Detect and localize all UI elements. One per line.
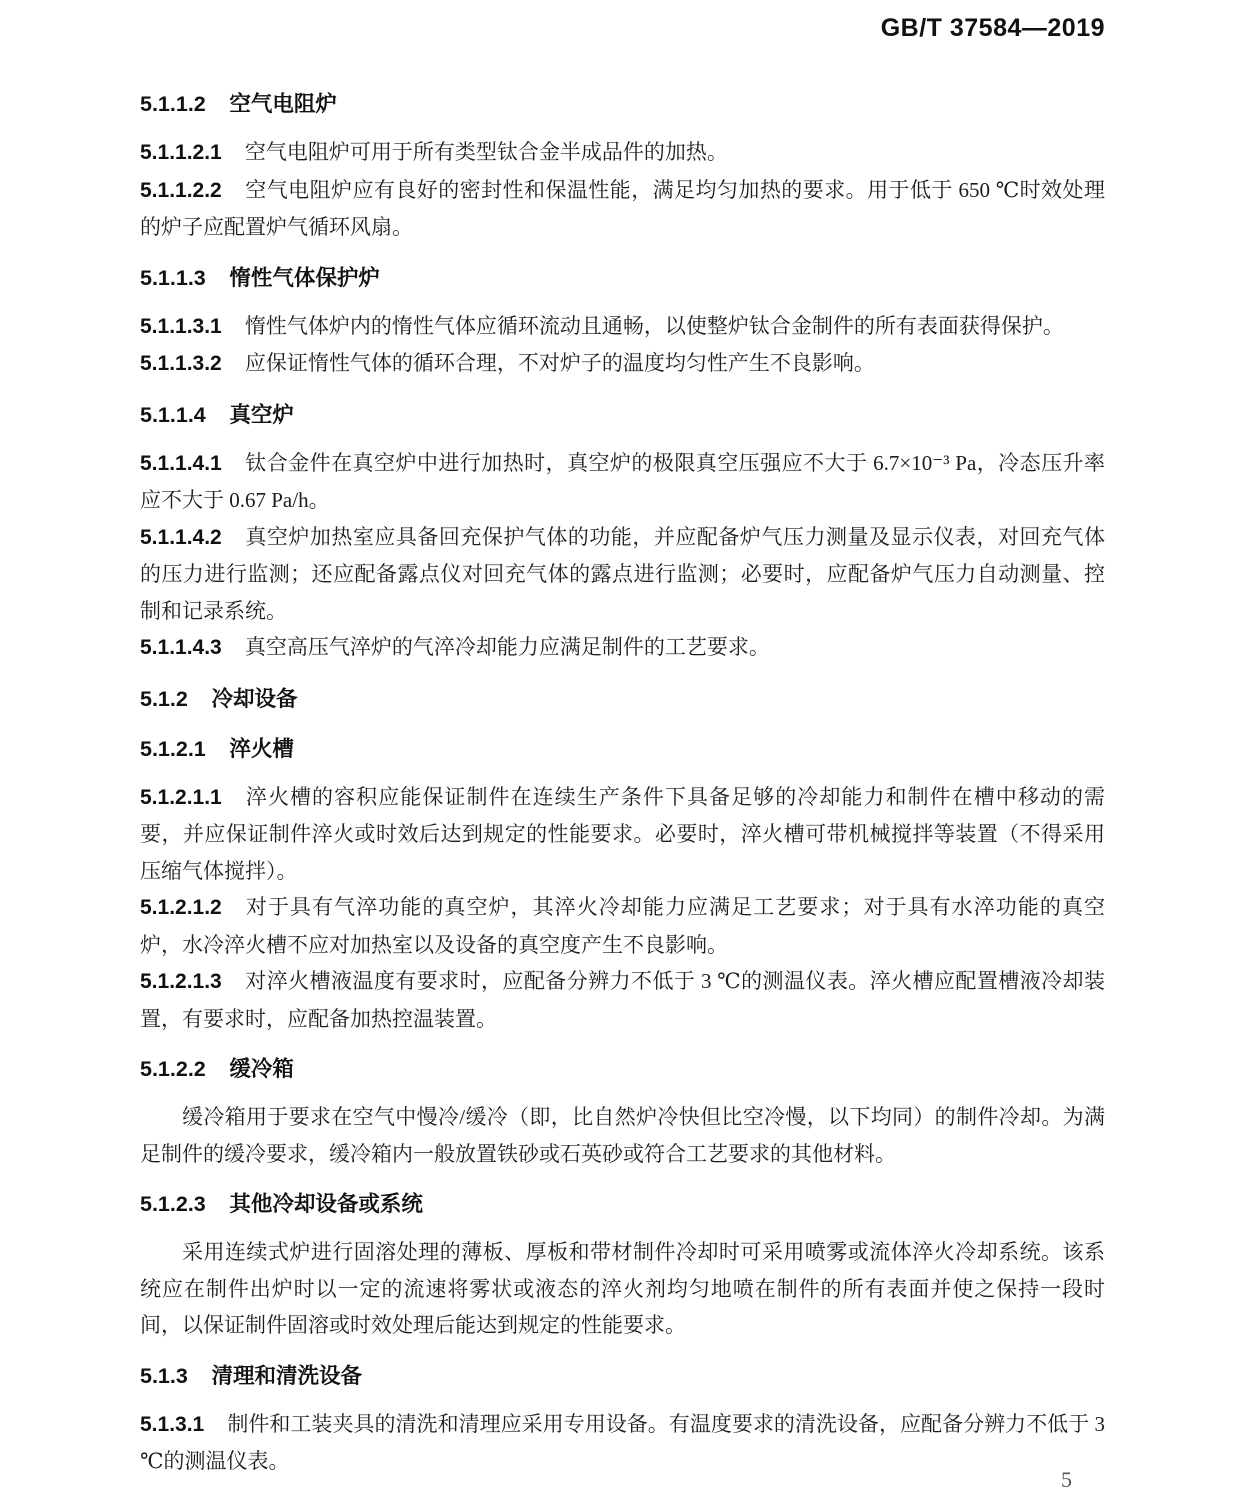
- clause-number: 5.1.2.1.2: [140, 896, 222, 919]
- clause-title: 空气电阻炉: [229, 92, 337, 116]
- clause-title: 其他冷却设备或系统: [229, 1192, 423, 1216]
- section-heading: 5.1.2.2缓冷箱: [140, 1051, 1105, 1087]
- section-heading: 5.1.1.2空气电阻炉: [140, 86, 1105, 122]
- clause-number: 5.1.1.4.3: [140, 636, 222, 659]
- page-number: 5: [1061, 1467, 1072, 1493]
- section-heading: 5.1.2.3其他冷却设备或系统: [140, 1186, 1105, 1222]
- clause-paragraph: 5.1.1.2.1空气电阻炉可用于所有类型钛合金半成品件的加热。: [140, 134, 1105, 172]
- clause-number: 5.1.2.2: [140, 1057, 206, 1081]
- document-body: 5.1.1.2空气电阻炉 5.1.1.2.1空气电阻炉可用于所有类型钛合金半成品…: [140, 72, 1105, 1480]
- clause-number: 5.1.2.1.3: [140, 970, 222, 993]
- clause-text: 对于具有气淬功能的真空炉，其淬火冷却能力应满足工艺要求；对于具有水淬功能的真空炉…: [140, 895, 1105, 957]
- clause-paragraph: 5.1.1.4.3真空高压气淬炉的气淬冷却能力应满足制件的工艺要求。: [140, 629, 1105, 667]
- clause-number: 5.1.1.3.1: [140, 315, 222, 338]
- clause-number: 5.1.2: [140, 687, 188, 711]
- clause-number: 5.1.2.3: [140, 1192, 206, 1216]
- clause-number: 5.1.3.1: [140, 1413, 204, 1436]
- clause-title: 淬火槽: [229, 737, 294, 761]
- clause-number: 5.1.1.2.2: [140, 179, 222, 202]
- section-heading: 5.1.1.4真空炉: [140, 397, 1105, 433]
- clause-number: 5.1.1.3.2: [140, 352, 222, 375]
- clause-text: 真空高压气淬炉的气淬冷却能力应满足制件的工艺要求。: [245, 635, 770, 659]
- body-paragraph: 缓冷箱用于要求在空气中慢冷/缓冷（即，比自然炉冷快但比空冷慢，以下均同）的制件冷…: [140, 1099, 1105, 1172]
- clause-title: 缓冷箱: [229, 1057, 294, 1081]
- clause-number: 5.1.2.1.1: [140, 786, 222, 809]
- clause-number: 5.1.1.4: [140, 403, 206, 427]
- clause-number: 5.1.1.3: [140, 266, 206, 290]
- clause-paragraph: 5.1.2.1.1淬火槽的容积应能保证制件在连续生产条件下具备足够的冷却能力和制…: [140, 779, 1105, 890]
- clause-title: 惰性气体保护炉: [229, 266, 380, 290]
- clause-paragraph: 5.1.1.3.2应保证惰性气体的循环合理，不对炉子的温度均匀性产生不良影响。: [140, 345, 1105, 383]
- clause-number: 5.1.1.2: [140, 92, 206, 116]
- section-heading: 5.1.3清理和清洗设备: [140, 1358, 1105, 1394]
- clause-number: 5.1.1.2.1: [140, 141, 222, 164]
- clause-title: 冷却设备: [211, 687, 297, 711]
- clause-number: 5.1.1.4.1: [140, 452, 222, 475]
- clause-text: 淬火槽的容积应能保证制件在连续生产条件下具备足够的冷却能力和制件在槽中移动的需要…: [140, 785, 1105, 883]
- clause-title: 真空炉: [229, 403, 294, 427]
- document-page: GB/T 37584—2019 5.1.1.2空气电阻炉 5.1.1.2.1空气…: [0, 0, 1240, 1507]
- clause-text: 惰性气体炉内的惰性气体应循环流动且通畅，以使整炉钛合金制件的所有表面获得保护。: [245, 314, 1064, 338]
- clause-title: 清理和清洗设备: [211, 1364, 362, 1388]
- clause-text: 钛合金件在真空炉中进行加热时，真空炉的极限真空压强应不大于 6.7×10⁻³ P…: [140, 451, 1105, 513]
- clause-paragraph: 5.1.1.4.2真空炉加热室应具备回充保护气体的功能，并应配备炉气压力测量及显…: [140, 519, 1105, 630]
- standard-number-header: GB/T 37584—2019: [881, 14, 1105, 43]
- clause-text: 真空炉加热室应具备回充保护气体的功能，并应配备炉气压力测量及显示仪表，对回充气体…: [140, 525, 1105, 623]
- clause-number: 5.1.2.1: [140, 737, 206, 761]
- section-heading: 5.1.1.3惰性气体保护炉: [140, 260, 1105, 296]
- clause-text: 应保证惰性气体的循环合理，不对炉子的温度均匀性产生不良影响。: [245, 351, 875, 375]
- clause-paragraph: 5.1.1.2.2空气电阻炉应有良好的密封性和保温性能，满足均匀加热的要求。用于…: [140, 172, 1105, 246]
- clause-paragraph: 5.1.1.3.1惰性气体炉内的惰性气体应循环流动且通畅，以使整炉钛合金制件的所…: [140, 308, 1105, 346]
- clause-paragraph: 5.1.1.4.1钛合金件在真空炉中进行加热时，真空炉的极限真空压强应不大于 6…: [140, 445, 1105, 519]
- section-heading: 5.1.2冷却设备: [140, 681, 1105, 717]
- clause-paragraph: 5.1.2.1.3对淬火槽液温度有要求时，应配备分辨力不低于 3 ℃的测温仪表。…: [140, 963, 1105, 1037]
- clause-number: 5.1.3: [140, 1364, 188, 1388]
- clause-paragraph: 5.1.3.1制件和工装夹具的清洗和清理应采用专用设备。有温度要求的清洗设备，应…: [140, 1406, 1105, 1480]
- clause-text: 制件和工装夹具的清洗和清理应采用专用设备。有温度要求的清洗设备，应配备分辨力不低…: [140, 1412, 1105, 1474]
- clause-paragraph: 5.1.2.1.2对于具有气淬功能的真空炉，其淬火冷却能力应满足工艺要求；对于具…: [140, 889, 1105, 963]
- clause-number: 5.1.1.4.2: [140, 526, 222, 549]
- clause-text: 空气电阻炉可用于所有类型钛合金半成品件的加热。: [245, 140, 728, 164]
- section-heading: 5.1.2.1淬火槽: [140, 731, 1105, 767]
- clause-text: 对淬火槽液温度有要求时，应配备分辨力不低于 3 ℃的测温仪表。淬火槽应配置槽液冷…: [140, 969, 1105, 1031]
- body-paragraph: 采用连续式炉进行固溶处理的薄板、厚板和带材制件冷却时可采用喷雾或流体淬火冷却系统…: [140, 1234, 1105, 1344]
- clause-text: 空气电阻炉应有良好的密封性和保温性能，满足均匀加热的要求。用于低于 650 ℃时…: [140, 178, 1105, 240]
